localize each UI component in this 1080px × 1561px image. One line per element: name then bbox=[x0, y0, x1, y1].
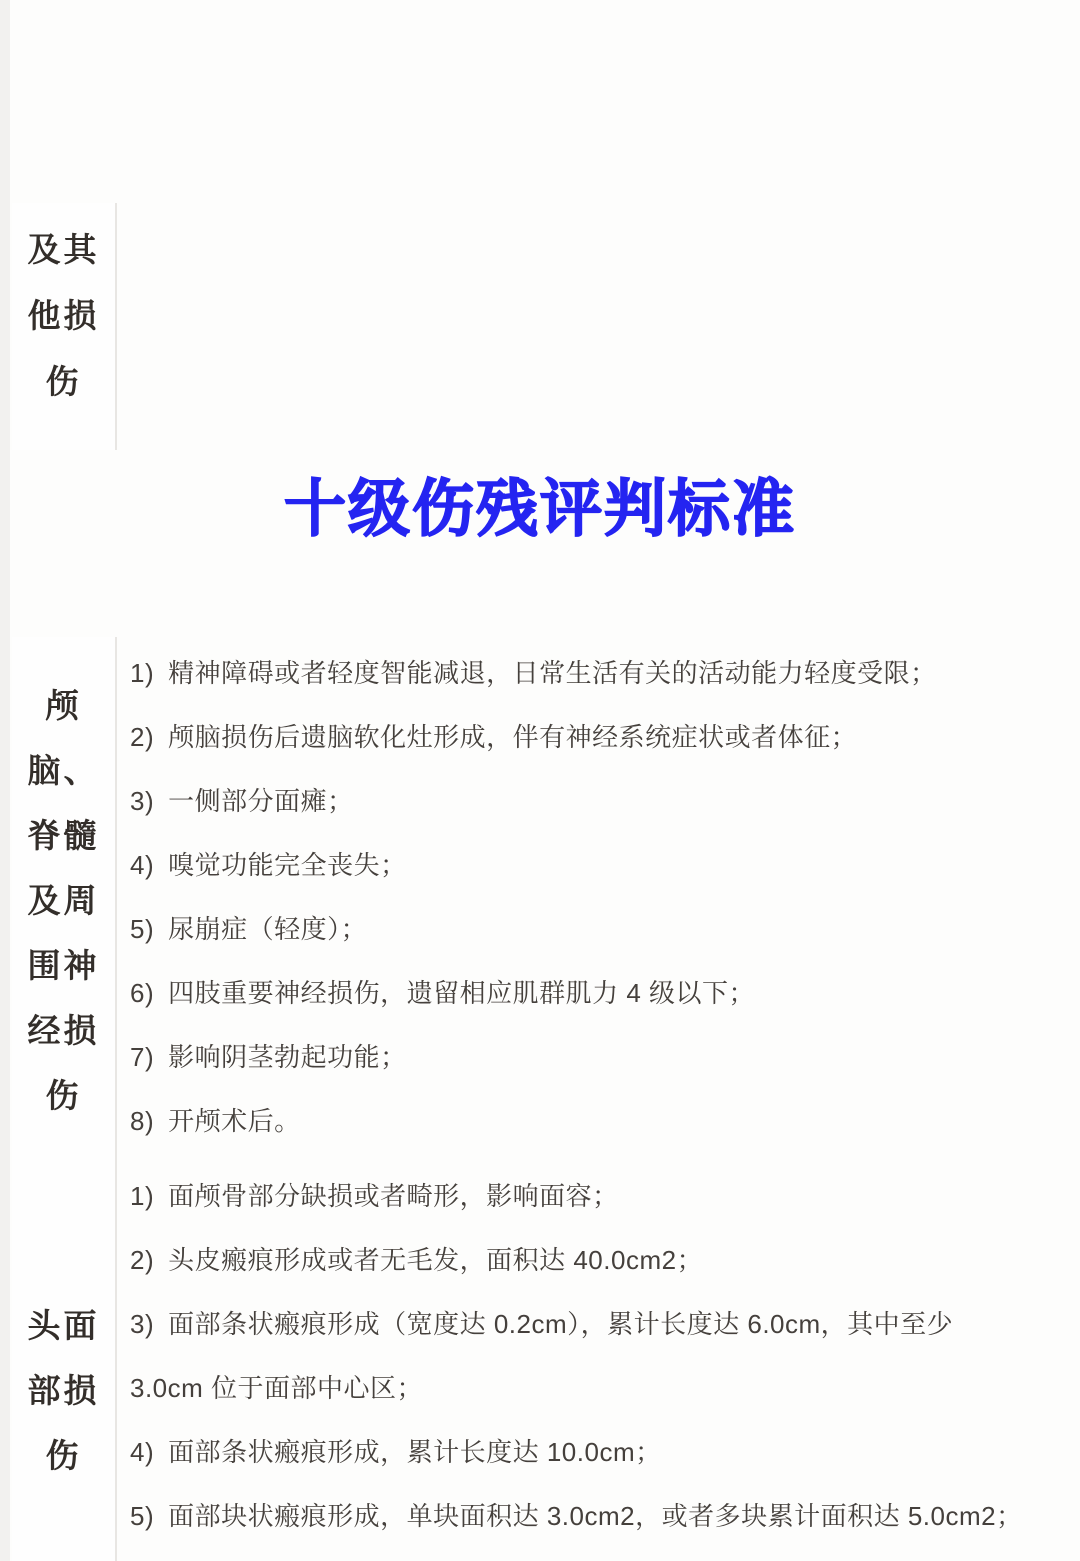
section-content-cell: 1)面颅骨部分缺损或者畸形，影响面容； 2)头皮瘢痕形成或者无毛发，面积达 40… bbox=[117, 1157, 1062, 1561]
criteria-item: 6)四肢重要神经损伤，遗留相应肌群肌力 4 级以下； bbox=[130, 961, 1032, 1025]
criteria-item: 1)精神障碍或者轻度智能减退，日常生活有关的活动能力轻度受限； bbox=[130, 641, 1032, 705]
item-number: 4) bbox=[130, 833, 154, 897]
item-text: 影响阴茎勃起功能； bbox=[168, 1042, 407, 1072]
row-label-line: 部损 bbox=[28, 1358, 100, 1423]
item-text: 尿崩症（轻度）； bbox=[168, 914, 367, 944]
item-number: 7) bbox=[130, 1025, 154, 1089]
row-label-line: 围神 bbox=[28, 933, 100, 998]
criteria-item: 8)开颅术后。 bbox=[130, 1089, 1032, 1153]
item-number: 2) bbox=[130, 1228, 154, 1292]
criteria-item: 5)尿崩症（轻度）； bbox=[130, 897, 1032, 961]
criteria-item: 3)面部条状瘢痕形成（宽度达 0.2cm），累计长度达 6.0cm，其中至少 3… bbox=[130, 1292, 1032, 1420]
page-edge-strip bbox=[0, 0, 10, 1561]
top-table-row: 及其 他损 伤 bbox=[12, 203, 1062, 450]
row-label-line: 脑、 bbox=[28, 738, 100, 803]
section-label-cell: 头面 部损 伤 bbox=[12, 1157, 117, 1561]
criteria-item: 2)头皮瘢痕形成或者无毛发，面积达 40.0cm2； bbox=[130, 1228, 1032, 1292]
row-label-line: 伤 bbox=[46, 1423, 82, 1488]
row-label-line: 伤 bbox=[46, 349, 82, 415]
item-number: 2) bbox=[130, 705, 154, 769]
row-label-line: 他损 bbox=[28, 283, 100, 349]
row-label-line: 颅 bbox=[46, 673, 82, 738]
criteria-item: 4)面部条状瘢痕形成，累计长度达 10.0cm； bbox=[130, 1420, 1032, 1484]
section-label-cell: 颅 脑、 脊髓 及周 围神 经损 伤 bbox=[12, 637, 117, 1157]
item-number: 1) bbox=[130, 641, 154, 705]
item-number: 5) bbox=[130, 1484, 154, 1548]
item-text: 开颅术后。 bbox=[168, 1106, 301, 1136]
item-number: 8) bbox=[130, 1089, 154, 1153]
item-text: 面部条状瘢痕形成，累计长度达 10.0cm； bbox=[168, 1437, 662, 1467]
table-row-head-face-injury: 头面 部损 伤 1)面颅骨部分缺损或者畸形，影响面容； 2)头皮瘢痕形成或者无毛… bbox=[12, 1157, 1062, 1561]
criteria-item: 3)一侧部分面瘫； bbox=[130, 769, 1032, 833]
item-text: 颅脑损伤后遗脑软化灶形成，伴有神经系统症状或者体征； bbox=[168, 722, 857, 752]
criteria-item: 1)面颅骨部分缺损或者畸形，影响面容； bbox=[130, 1164, 1032, 1228]
criteria-item: 4)嗅觉功能完全丧失； bbox=[130, 833, 1032, 897]
document-page: 及其 他损 伤 十级伤残评判标准 颅 脑、 脊髓 及周 围神 经损 伤 1)精神… bbox=[0, 0, 1080, 1561]
item-number: 5) bbox=[130, 897, 154, 961]
row-label-line: 头面 bbox=[28, 1293, 100, 1358]
row-label-line: 经损 bbox=[28, 998, 100, 1063]
item-number: 4) bbox=[130, 1420, 154, 1484]
criteria-item: 7)影响阴茎勃起功能； bbox=[130, 1025, 1032, 1089]
item-text: 头皮瘢痕形成或者无毛发，面积达 40.0cm2； bbox=[168, 1245, 703, 1275]
section-content-cell: 1)精神障碍或者轻度智能减退，日常生活有关的活动能力轻度受限； 2)颅脑损伤后遗… bbox=[117, 637, 1062, 1157]
table-row-cranial-nerve-injury: 颅 脑、 脊髓 及周 围神 经损 伤 1)精神障碍或者轻度智能减退，日常生活有关… bbox=[12, 637, 1062, 1157]
item-text: 面部条状瘢痕形成（宽度达 0.2cm），累计长度达 6.0cm，其中至少 3.0… bbox=[130, 1309, 953, 1403]
item-text: 四肢重要神经损伤，遗留相应肌群肌力 4 级以下； bbox=[168, 978, 755, 1008]
page-title: 十级伤残评判标准 bbox=[0, 474, 1080, 546]
item-text: 面颅骨部分缺损或者畸形，影响面容； bbox=[168, 1181, 619, 1211]
item-text: 精神障碍或者轻度智能减退，日常生活有关的活动能力轻度受限； bbox=[168, 658, 937, 688]
item-number: 1) bbox=[130, 1164, 154, 1228]
item-text: 嗅觉功能完全丧失； bbox=[168, 850, 407, 880]
criteria-item: 5)面部块状瘢痕形成，单块面积达 3.0cm2，或者多块累计面积达 5.0cm2… bbox=[130, 1484, 1032, 1548]
row-label-line: 及其 bbox=[28, 217, 100, 283]
item-text: 一侧部分面瘫； bbox=[168, 786, 354, 816]
row-label-line: 脊髓 bbox=[28, 803, 100, 868]
row-label-line: 及周 bbox=[28, 868, 100, 933]
criteria-item: 2)颅脑损伤后遗脑软化灶形成，伴有神经系统症状或者体征； bbox=[130, 705, 1032, 769]
item-number: 3) bbox=[130, 1292, 154, 1356]
row-label-line: 伤 bbox=[46, 1063, 82, 1128]
item-number: 3) bbox=[130, 769, 154, 833]
top-row-content-cell bbox=[117, 203, 1062, 450]
item-number: 6) bbox=[130, 961, 154, 1025]
item-text: 面部块状瘢痕形成，单块面积达 3.0cm2，或者多块累计面积达 5.0cm2； bbox=[168, 1501, 1022, 1531]
top-row-label-cell: 及其 他损 伤 bbox=[12, 203, 117, 450]
